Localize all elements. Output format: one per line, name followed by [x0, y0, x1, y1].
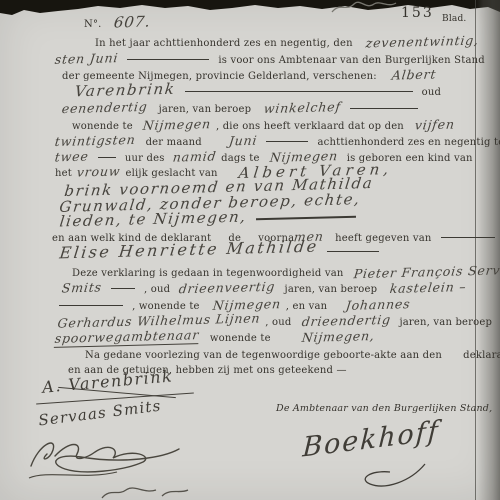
blad-number: 153 [401, 5, 434, 21]
official-signature-flourish [330, 462, 440, 492]
official-caption: De Ambtenaar van den Burgerlijken Stand, [276, 396, 492, 415]
page-binding-shadow [475, 0, 500, 500]
no-label: N°. [84, 19, 102, 30]
handwritten-scribble [330, 0, 402, 15]
birth-certificate-scan: 153 Blad. N°. 607. In het jaar achttienh… [0, 0, 500, 500]
act-number-line: N°. 607. [84, 12, 150, 31]
blad-label: Blad. [442, 6, 466, 25]
page-number: 153 [401, 2, 434, 21]
act-number: 607. [113, 13, 152, 32]
line-child-names: Elise Henriette Mathilde [60, 240, 383, 259]
witness2-signature-flourish [25, 428, 195, 483]
official-signature: Boekhoff [302, 415, 441, 463]
partial-bottom-signature [100, 486, 190, 500]
child-given-names: Elise Henriette Mathilde [58, 237, 319, 263]
